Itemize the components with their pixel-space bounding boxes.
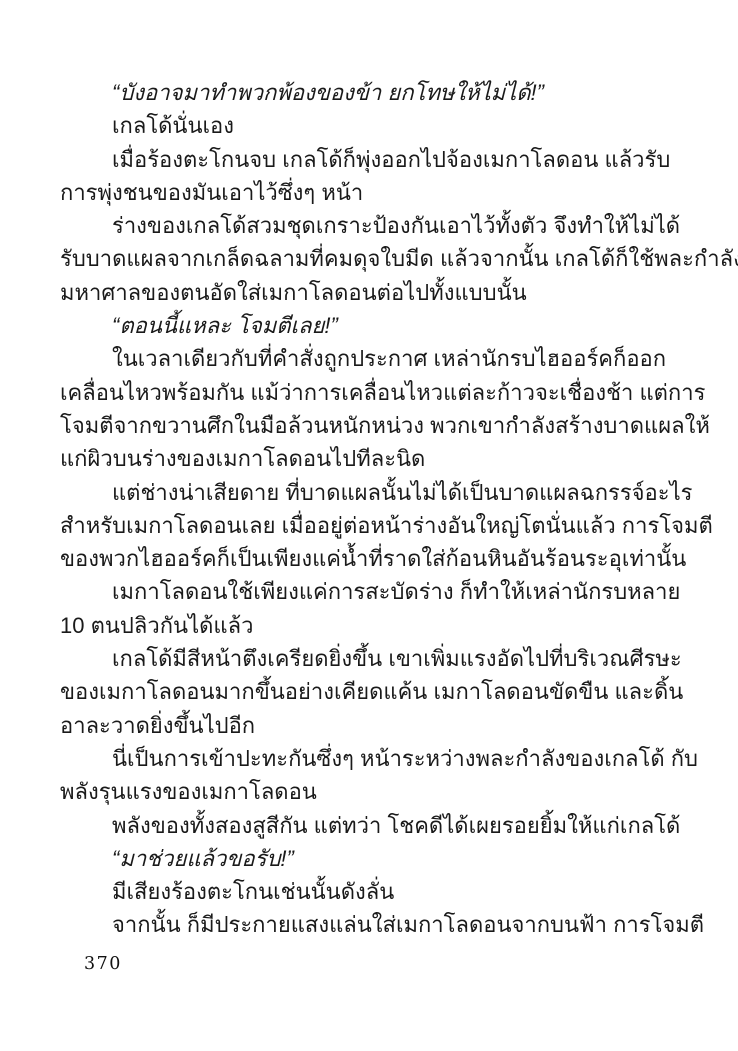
book-page: “บังอาจมาทำพวกพ้องของข้า ยกโทษให้ไม่ได้!… [0, 0, 738, 1051]
text-line: ของพวกไฮออร์คก็เป็นเพียงแค่น้ำที่ราดใส่ก… [60, 542, 655, 575]
text-line: เคลื่อนไหวพร้อมกัน แม้ว่าการเคลื่อนไหวแต… [60, 376, 655, 409]
text-line: เกลโด้นั่นเอง [60, 109, 655, 142]
page-number: 370 [84, 952, 122, 976]
text-line: พลังรุนแรงของเมกาโลดอน [60, 775, 655, 808]
text-line: เมื่อร้องตะโกนจบ เกลโด้ก็พุ่งออกไปจ้องเม… [60, 143, 655, 176]
text-line: พลังของทั้งสองสูสีกัน แต่ทว่า โชคดีได้เผ… [60, 809, 655, 842]
text-line: มหาศาลของตนอัดใส่เมกาโลดอนต่อไปทั้งแบบนั… [60, 276, 655, 309]
text-line: 10 ตนปลิวกันได้แล้ว [60, 609, 655, 642]
text-line: โจมตีจากขวานศึกในมือล้วนหนักหน่วง พวกเขา… [60, 409, 655, 442]
text-line: ของเมกาโลดอนมากขึ้นอย่างเคียดแค้น เมกาโล… [60, 675, 655, 708]
page-text: “บังอาจมาทำพวกพ้องของข้า ยกโทษให้ไม่ได้!… [60, 76, 655, 942]
text-line: สำหรับเมกาโลดอนเลย เมื่ออยู่ต่อหน้าร่างอ… [60, 509, 655, 542]
text-line: เกลโด้มีสีหน้าตึงเครียดยิ่งขึ้น เขาเพิ่ม… [60, 642, 655, 675]
text-line: ในเวลาเดียวกับที่คำสั่งถูกประกาศ เหล่านั… [60, 342, 655, 375]
text-line: จากนั้น ก็มีประกายแสงแล่นใส่เมกาโลดอนจาก… [60, 908, 655, 941]
text-line: รับบาดแผลจากเกล็ดฉลามที่คมดุจใบมีด แล้วจ… [60, 242, 655, 275]
text-line: มีเสียงร้องตะโกนเช่นนั้นดังลั่น [60, 875, 655, 908]
dialogue-line: “บังอาจมาทำพวกพ้องของข้า ยกโทษให้ไม่ได้!… [60, 76, 655, 109]
text-line: อาละวาดยิ่งขึ้นไปอีก [60, 709, 655, 742]
text-line: แต่ช่างน่าเสียดาย ที่บาดแผลนั้นไม่ได้เป็… [60, 476, 655, 509]
dialogue-line: “มาช่วยแล้วขอรับ!” [60, 842, 655, 875]
text-line: ร่างของเกลโด้สวมชุดเกราะป้องกันเอาไว้ทั้… [60, 209, 655, 242]
text-line: แก่ผิวบนร่างของเมกาโลดอนไปทีละนิด [60, 442, 655, 475]
text-line: เมกาโลดอนใช้เพียงแค่การสะบัดร่าง ก็ทำให้… [60, 575, 655, 608]
text-line: นี่เป็นการเข้าปะทะกันซึ่งๆ หน้าระหว่างพล… [60, 742, 655, 775]
text-line: การพุ่งชนของมันเอาไว้ซึ่งๆ หน้า [60, 176, 655, 209]
dialogue-line: “ตอนนี้แหละ โจมตีเลย!” [60, 309, 655, 342]
